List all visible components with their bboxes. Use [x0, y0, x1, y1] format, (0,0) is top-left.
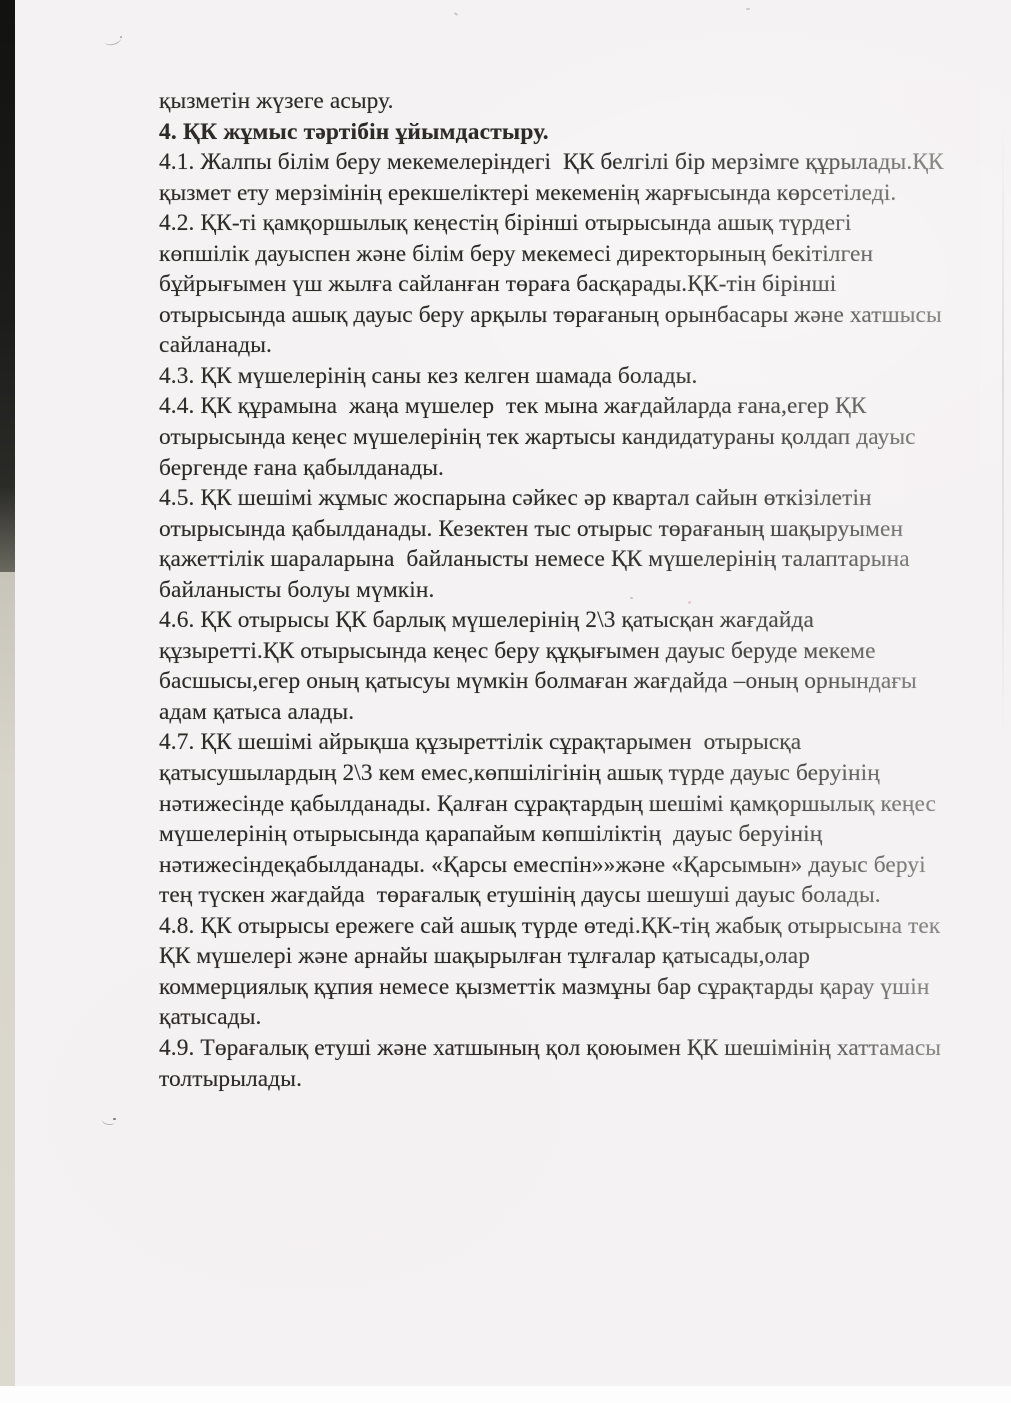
body-text-line: мүшелерінің отырысында қарапайым көпшілі…	[159, 819, 959, 850]
paper-crease	[1002, 120, 1004, 740]
body-text-line: қажеттілік шараларына байланысты немесе …	[159, 544, 959, 575]
scan-speck	[688, 601, 691, 604]
body-text-line: бергенде ғана қабылданады.	[159, 453, 959, 484]
body-text-line: бұйрығымен үш жылға сайланған төраға бас…	[159, 269, 959, 300]
body-text-line: нәтижесінде қабылданады. Қалған сұрақтар…	[159, 789, 959, 820]
body-text-line: көпшілік дауыспен және білім беру мекеме…	[159, 239, 959, 270]
body-text-line: қызмет ету мерзімінің ерекшеліктері меке…	[159, 178, 959, 209]
body-text-line: коммерциялық құпия немесе қызметтік мазм…	[159, 972, 959, 1003]
pencil-dot-bottom	[113, 1118, 116, 1120]
body-text-line: басшысы,егер оның қатысуы мүмкін болмаға…	[159, 666, 959, 697]
body-text-line: 4.5. ҚК шешімі жұмыс жоспарына сәйкес әр…	[159, 483, 959, 514]
body-text-line: қатысушылардың 2\3 кем емес,көпшілігінің…	[159, 758, 959, 789]
scanned-page: қызметін жүзеге асыру.4. ҚК жұмыс тәртіб…	[0, 0, 1011, 1403]
body-text-line: адам қатыса алады.	[159, 697, 959, 728]
body-text-line: байланысты болуы мүмкін.	[159, 575, 959, 606]
body-text-line: қатысады.	[159, 1002, 959, 1033]
body-text-line: сайланады.	[159, 330, 959, 361]
body-text-line: ҚК мүшелері және арнайы шақырылған тұлға…	[159, 941, 959, 972]
body-text-line: 4.9. Төрағалық етуші және хатшының қол қ…	[159, 1033, 959, 1064]
body-text-line: қызметін жүзеге асыру.	[159, 86, 959, 117]
section-heading-line: 4. ҚК жұмыс тәртібін ұйымдастыру.	[159, 117, 959, 148]
scan-edge-light-strip	[0, 572, 15, 1386]
body-text-line: тең түскен жағдайда төрағалық етушінің д…	[159, 880, 959, 911]
body-text-line: отырысында кеңес мүшелерінің тек жартысы…	[159, 422, 959, 453]
body-text-line: 4.2. ҚК-ті қамқоршылық кеңестің бірінші …	[159, 208, 959, 239]
body-text-line: 4.6. ҚК отырысы ҚК барлық мүшелерінің 2\…	[159, 605, 959, 636]
document-text: қызметін жүзеге асыру.4. ҚК жұмыс тәртіб…	[159, 86, 959, 1094]
pencil-dot-top	[120, 36, 122, 38]
body-text-line: отырысында ашық дауыс беру арқылы төраға…	[159, 300, 959, 331]
body-text-line: нәтижесіндеқабылданады. «Қарсы емеспін»»…	[159, 850, 959, 881]
body-text-line: отырысында қабылданады. Кезектен тыс оты…	[159, 514, 959, 545]
body-text-line: 4.7. ҚК шешімі айрықша құзыреттілік сұра…	[159, 727, 959, 758]
body-text-line: құзыретті.ҚК отырысында кеңес беру құқығ…	[159, 636, 959, 667]
body-text-line: 4.8. ҚК отырысы ережеге сай ашық түрде ө…	[159, 911, 959, 942]
body-text-line: 4.1. Жалпы білім беру мекемелеріндегі ҚК…	[159, 147, 959, 178]
body-text-line: 4.3. ҚК мүшелерінің саны кез келген шама…	[159, 361, 959, 392]
body-text-line: толтырылады.	[159, 1064, 959, 1095]
body-text-line: 4.4. ҚК құрамына жаңа мүшелер тек мына ж…	[159, 391, 959, 422]
scan-bottom-margin	[0, 1386, 1011, 1403]
scan-edge-dark-strip	[0, 0, 15, 572]
scan-speck	[630, 597, 633, 599]
